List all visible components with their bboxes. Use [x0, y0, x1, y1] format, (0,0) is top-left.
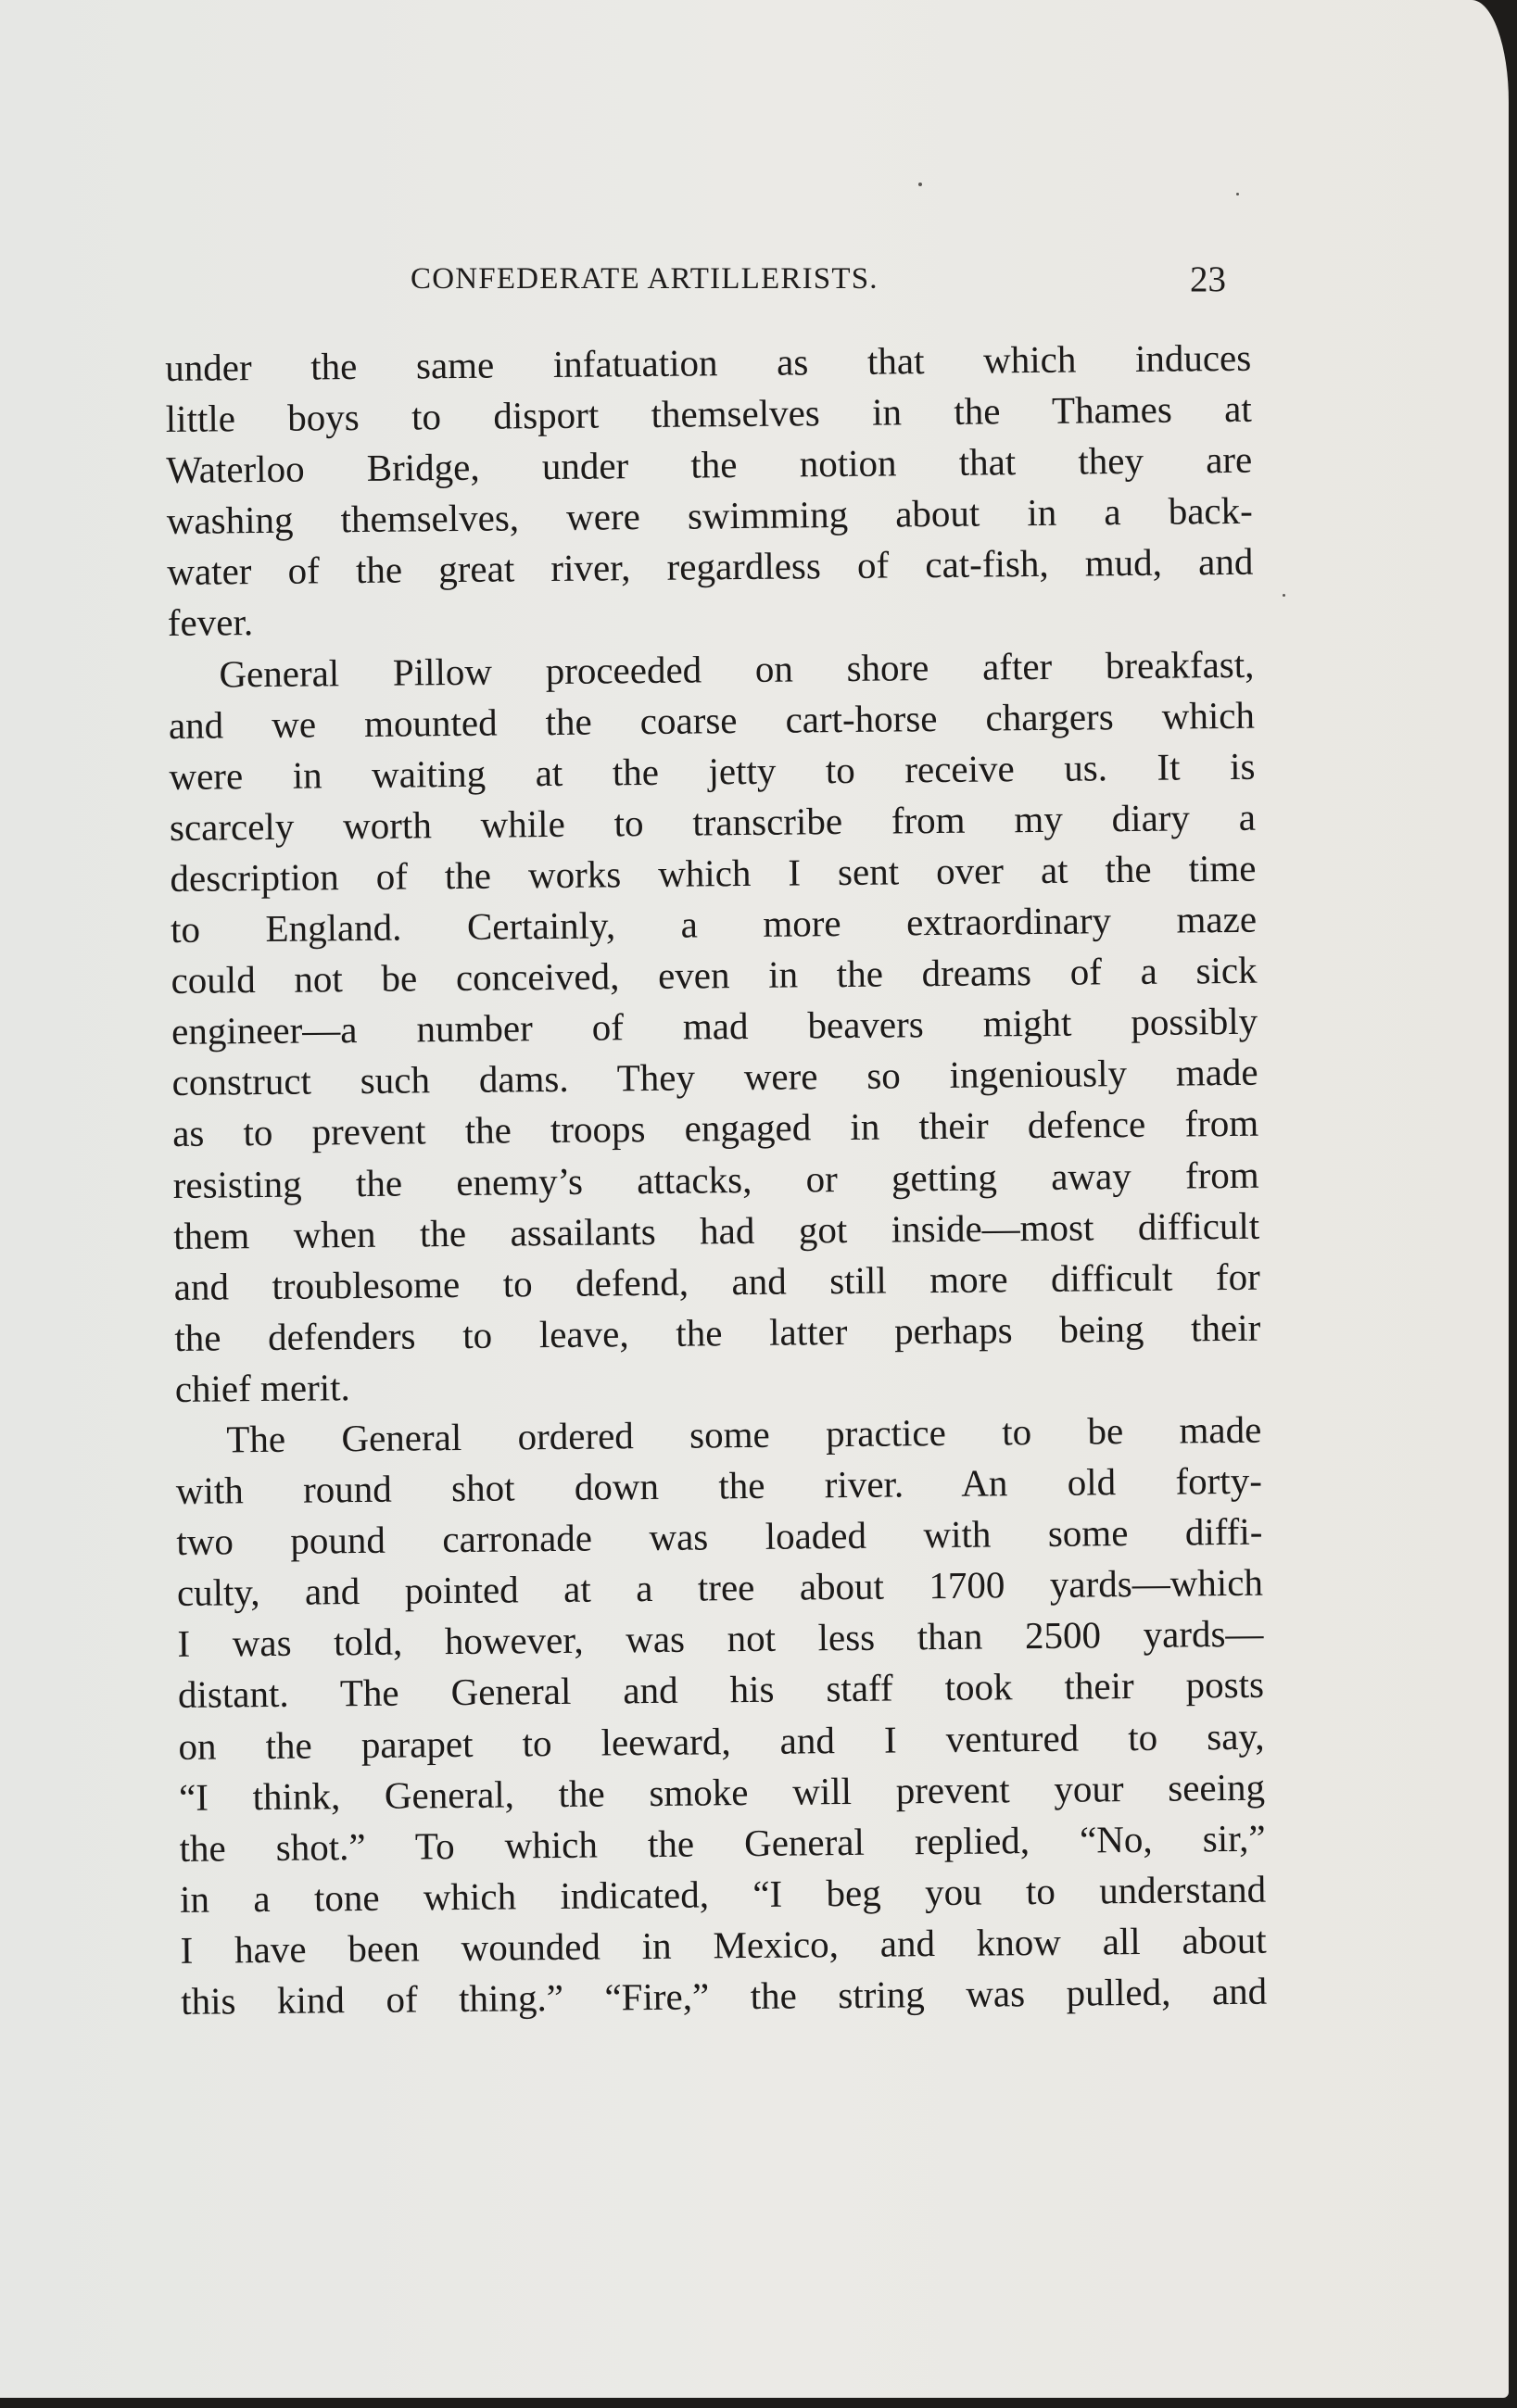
running-head: CONFEDERATE ARTILLERISTS. 23 [411, 262, 1226, 299]
paper-speck [1283, 594, 1285, 597]
book-page: CONFEDERATE ARTILLERISTS. 23 under the s… [0, 0, 1509, 2398]
paper-speck [1236, 193, 1239, 195]
running-title: CONFEDERATE ARTILLERISTS. [411, 262, 879, 296]
paper-speck [918, 183, 922, 186]
page-number: 23 [1190, 258, 1226, 300]
text-line: the defenders to leave, the latter perha… [174, 1302, 1260, 1363]
body-text: under the same infatuation as that which… [165, 333, 1267, 2027]
text-line: this kind of thing.” “Fire,” the string … [181, 1966, 1267, 2027]
